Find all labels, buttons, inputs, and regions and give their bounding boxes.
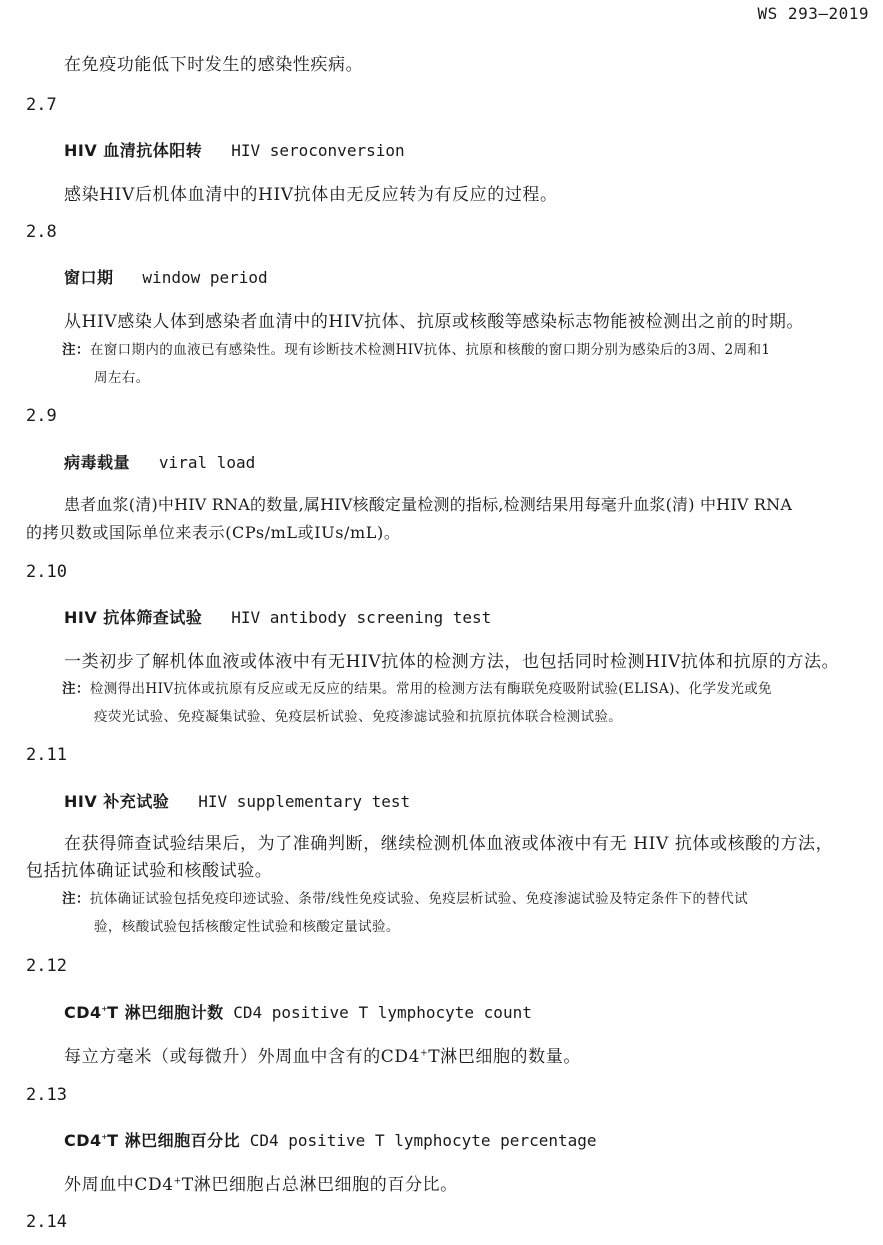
note-label: 注： [62, 681, 90, 697]
term-prefix: CD4 [64, 1131, 102, 1150]
definition-text: T淋巴细胞的数量。 [428, 1047, 581, 1067]
definition: 外周血中CD4+T淋巴细胞占总淋巴细胞的百分比。 [64, 1170, 458, 1195]
definition: 患者血浆(清)中HIV RNA的数量,属HIV核酸定量检测的指标,检测结果用每毫… [64, 492, 792, 515]
superscript-plus: + [174, 1176, 182, 1186]
definition-text: T淋巴细胞占总淋巴细胞的百分比。 [182, 1175, 458, 1195]
term-heading: 窗口期 window period [64, 265, 268, 288]
term-en: CD4 positive T lymphocyte percentage [250, 1131, 597, 1150]
term-heading: HIV 血清抗体阳转 HIV seroconversion [64, 138, 405, 161]
section-number: 2.11 [26, 745, 67, 765]
note-continuation: 周左右。 [94, 366, 150, 386]
note-continuation: 验，核酸试验包括核酸定性试验和核酸定量试验。 [94, 915, 400, 935]
term-zh: 窗口期 [64, 268, 114, 287]
term-en: window period [142, 268, 267, 287]
definition: 一类初步了解机体血液或体液中有无HIV抗体的检测方法，也包括同时检测HIV抗体和… [64, 647, 839, 672]
definition-text: 外周血中CD4 [64, 1175, 174, 1195]
note-label: 注： [62, 342, 90, 358]
note: 注：检测得出HIV抗体或抗原有反应或无反应的结果。常用的检测方法有酶联免疫吸附试… [62, 677, 772, 697]
term-heading: CD4+T 淋巴细胞百分比 CD4 positive T lymphocyte … [64, 1128, 597, 1151]
note-continuation: 疫荧光试验、免疫凝集试验、免疫层析试验、免疫渗滤试验和抗原抗体联合检测试验。 [94, 705, 622, 725]
definition: 每立方毫米（或每微升）外周血中含有的CD4+T淋巴细胞的数量。 [64, 1042, 581, 1067]
section-number: 2.8 [26, 222, 57, 242]
term-en: HIV seroconversion [231, 141, 404, 160]
note: 注：抗体确证试验包括免疫印迹试验、条带/线性免疫试验、免疫层析试验、免疫渗滤试验… [62, 887, 748, 907]
section-number: 2.14 [26, 1212, 67, 1232]
term-heading: 病毒载量 viral load [64, 450, 255, 473]
term-zh: 病毒载量 [64, 453, 130, 472]
definition-continuation: 包括抗体确证试验和核酸试验。 [26, 856, 272, 881]
section-number: 2.12 [26, 956, 67, 976]
term-en: CD4 positive T lymphocyte count [233, 1003, 532, 1022]
document-id: WS 293—2019 [758, 4, 869, 23]
term-zh: T 淋巴细胞百分比 [107, 1131, 240, 1150]
term-heading: HIV 补充试验 HIV supplementary test [64, 789, 410, 812]
note-text: 检测得出HIV抗体或抗原有反应或无反应的结果。常用的检测方法有酶联免疫吸附试验(… [90, 681, 772, 697]
term-zh: HIV 抗体筛查试验 [64, 608, 202, 627]
definition-continuation: 的拷贝数或国际单位来表示(CPs/mL或IUs/mL)。 [26, 520, 400, 543]
term-en: viral load [159, 453, 255, 472]
term-en: HIV antibody screening test [231, 608, 491, 627]
section-number: 2.7 [26, 95, 57, 115]
note-label: 注： [62, 891, 90, 907]
term-en: HIV supplementary test [198, 792, 410, 811]
note-text: 抗体确证试验包括免疫印迹试验、条带/线性免疫试验、免疫层析试验、免疫渗滤试验及特… [90, 891, 748, 907]
term-prefix: CD4 [64, 1003, 102, 1022]
term-zh: T 淋巴细胞计数 [107, 1003, 224, 1022]
intro-line: 在免疫功能低下时发生的感染性疾病。 [64, 50, 363, 75]
definition: 在获得筛查试验结果后，为了准确判断，继续检测机体血液或体液中有无 HIV 抗体或… [64, 829, 833, 854]
definition: 从HIV感染人体到感染者血清中的HIV抗体、抗原或核酸等感染标志物能被检测出之前… [64, 307, 804, 332]
section-number: 2.10 [26, 562, 67, 582]
term-zh: HIV 血清抗体阳转 [64, 141, 202, 160]
term-zh: HIV 补充试验 [64, 792, 169, 811]
note-text: 在窗口期内的血液已有感染性。现有诊断技术检测HIV抗体、抗原和核酸的窗口期分别为… [90, 342, 771, 358]
definition-text: 每立方毫米（或每微升）外周血中含有的CD4 [64, 1047, 420, 1067]
section-number: 2.9 [26, 406, 57, 426]
definition: 感染HIV后机体血清中的HIV抗体由无反应转为有反应的过程。 [64, 180, 558, 205]
term-heading: HIV 抗体筛查试验 HIV antibody screening test [64, 605, 491, 628]
section-number: 2.13 [26, 1085, 67, 1105]
term-heading: CD4+T 淋巴细胞计数 CD4 positive T lymphocyte c… [64, 1000, 532, 1023]
note: 注：在窗口期内的血液已有感染性。现有诊断技术检测HIV抗体、抗原和核酸的窗口期分… [62, 338, 770, 358]
superscript-plus: + [420, 1048, 428, 1058]
